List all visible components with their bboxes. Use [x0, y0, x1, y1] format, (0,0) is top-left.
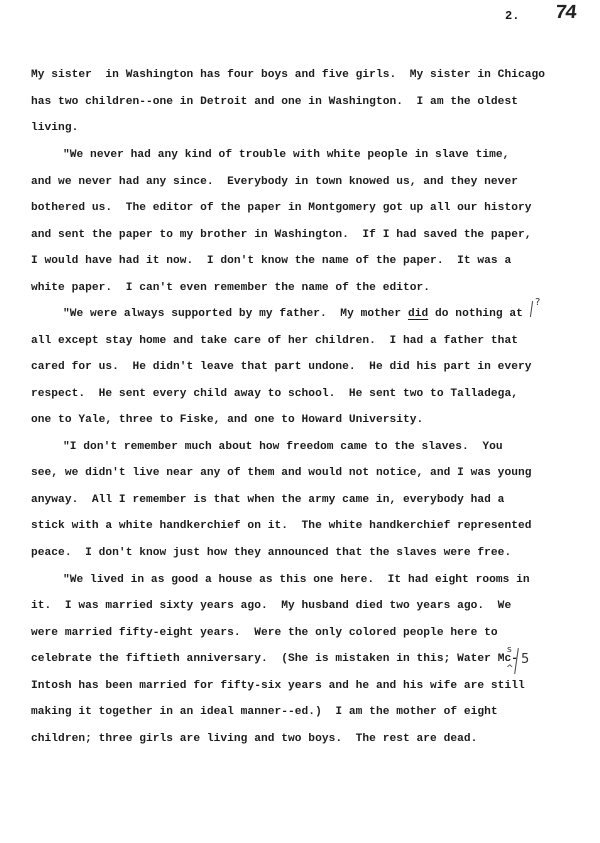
- margin-note: 5: [521, 652, 529, 667]
- text-line: were married fifty-eight years. Were the…: [31, 627, 498, 639]
- text-span: do nothing at: [428, 308, 523, 320]
- handwritten-page-number: 74: [554, 2, 576, 25]
- text-line: bothered us. The editor of the paper in …: [31, 202, 532, 214]
- text-line: peace. I don't know just how they announ…: [31, 547, 511, 559]
- underlined-word: did: [408, 308, 428, 320]
- margin-note: 12?: [535, 297, 540, 308]
- document-page: 2. 74 My sister in Washington has four b…: [0, 0, 600, 843]
- text-line: I would have had it now. I don't know th…: [31, 255, 511, 267]
- text-line: making it together in an ideal manner--e…: [31, 706, 498, 718]
- text-line: living.: [31, 122, 78, 134]
- text-span: Mc-: [491, 653, 518, 665]
- paragraph-start-line: "We lived in as good a house as this one…: [63, 574, 530, 586]
- text-span: "We were always supported by my father. …: [63, 308, 408, 320]
- paragraph-start-line: "We were always supported by my father. …: [63, 308, 523, 320]
- text-line: and we never had any since. Everybody in…: [31, 176, 518, 188]
- text-line: see, we didn't live near any of them and…: [31, 467, 532, 479]
- text-line: has two children--one in Detroit and one…: [31, 96, 518, 108]
- text-line: all except stay home and take care of he…: [31, 335, 518, 347]
- handwritten-insertion: s: [507, 645, 512, 655]
- text-line: celebrate the fiftieth anniversary. (She…: [31, 653, 518, 665]
- text-line: and sent the paper to my brother in Wash…: [31, 229, 532, 241]
- text-line: one to Yale, three to Fiske, and one to …: [31, 414, 423, 426]
- text-line: stick with a white handkerchief on it. T…: [31, 520, 532, 532]
- margin-bar-icon: [530, 301, 533, 317]
- text-line: anyway. All I remember is that when the …: [31, 494, 504, 506]
- text-line: children; three girls are living and two…: [31, 733, 477, 745]
- text-line: it. I was married sixty years ago. My hu…: [31, 600, 511, 612]
- paragraph-start-line: "I don't remember much about how freedom…: [63, 441, 503, 453]
- page-number: 2.: [505, 9, 519, 23]
- text-line: cared for us. He didn't leave that part …: [31, 361, 532, 373]
- text-line: My sister in Washington has four boys an…: [31, 69, 545, 81]
- caret-mark-icon: ^: [506, 664, 514, 674]
- text-line: Intosh has been married for fifty-six ye…: [31, 680, 525, 692]
- text-line: respect. He sent every child away to sch…: [31, 388, 518, 400]
- margin-bar-icon: [514, 648, 519, 674]
- text-line: white paper. I can't even remember the n…: [31, 282, 430, 294]
- text-span: celebrate the fiftieth anniversary. (She…: [31, 653, 491, 665]
- paragraph-start-line: "We never had any kind of trouble with w…: [63, 149, 509, 161]
